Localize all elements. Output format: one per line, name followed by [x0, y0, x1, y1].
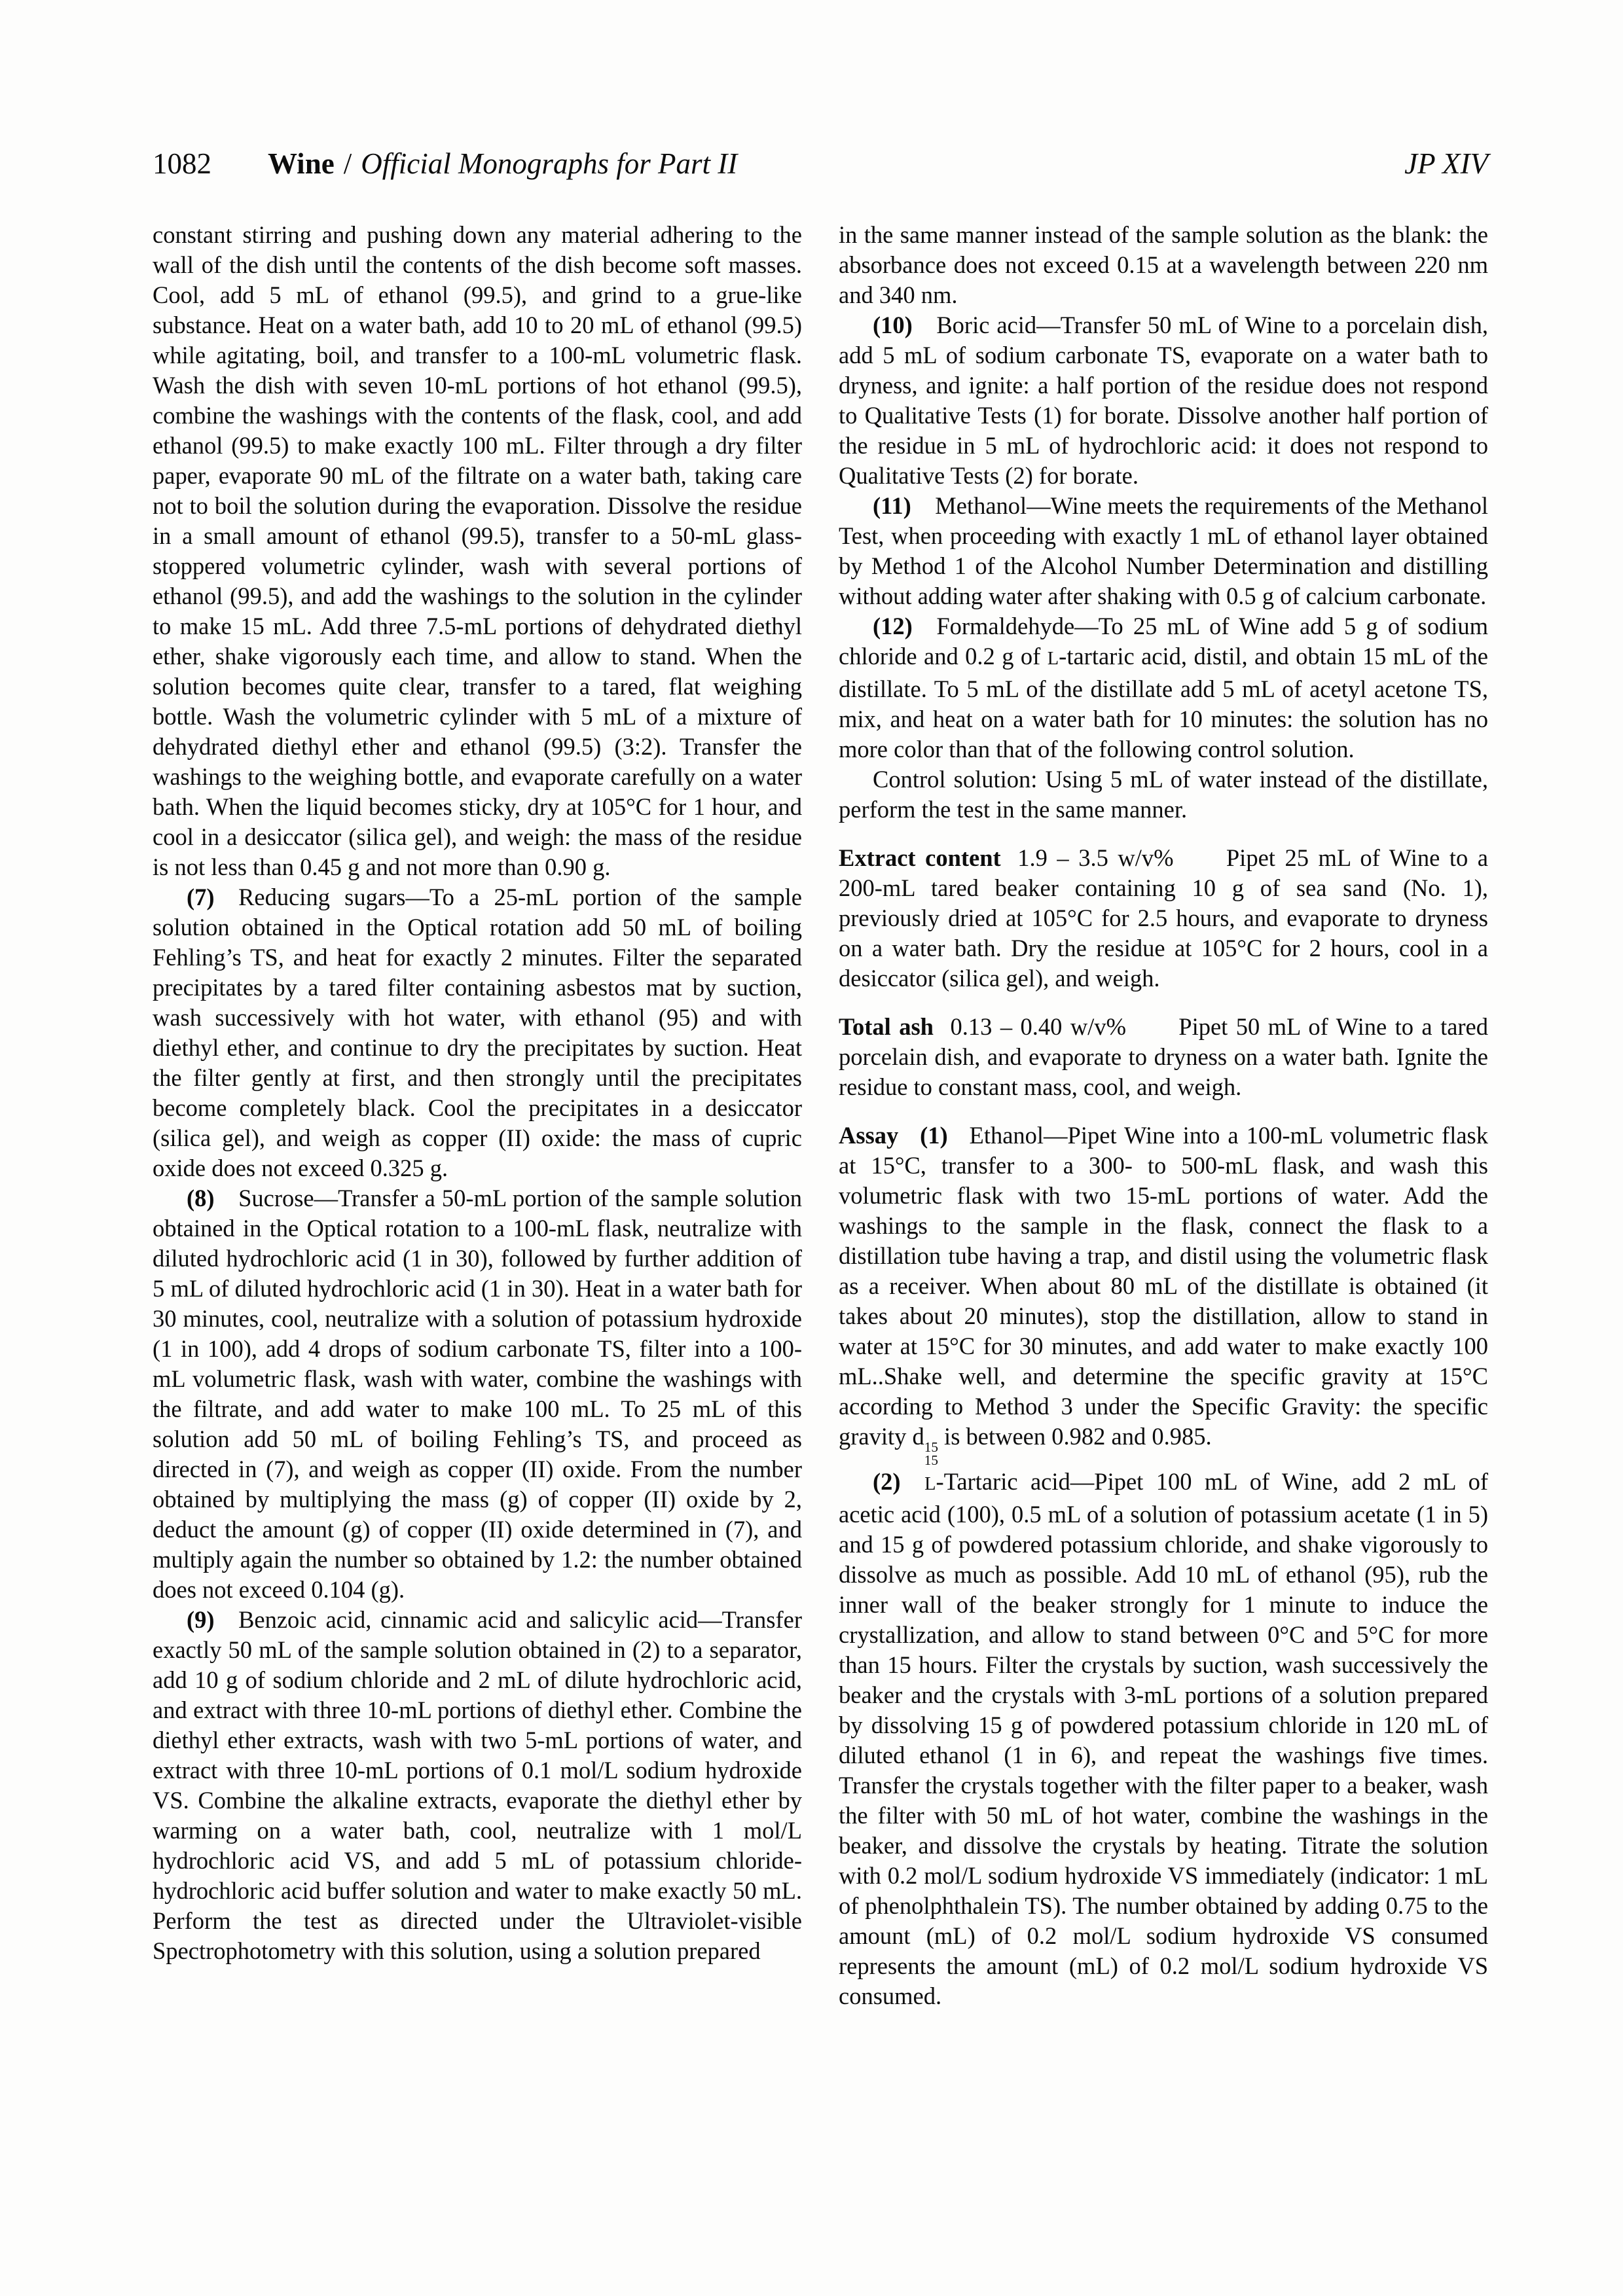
superscript: 15 [924, 1441, 938, 1454]
right-column: in the same manner instead of the sample… [839, 220, 1488, 2011]
item-number: (11) [873, 492, 911, 519]
section-assay-ethanol: Assay(1)Ethanol—Pipet Wine into a 100-mL… [839, 1121, 1488, 1467]
text-run: Benzoic acid, cinnamic acid and salicyli… [153, 1606, 802, 1964]
paragraph-continued: constant stirring and pushing down any m… [153, 220, 802, 882]
text-run: Pipet 50 mL of Wine to a tared porcelain… [839, 1013, 1488, 1100]
paragraph-item-10-boric-acid: (10)Boric acid—Transfer 50 mL of Wine to… [839, 310, 1488, 491]
paragraph-continued: in the same manner instead of the sample… [839, 220, 1488, 310]
item-number: (12) [873, 613, 913, 639]
limit-value: 1.9 – 3.5 w/v% [1017, 844, 1173, 871]
text-run: Boric acid—Transfer 50 mL of Wine to a p… [839, 312, 1488, 489]
edition-label: JP XIV [1404, 148, 1488, 181]
running-title: Wine/Official Monographs for Part II [268, 148, 737, 181]
section-heading: Assay [839, 1122, 898, 1149]
text-run: L [1048, 649, 1059, 669]
item-number: (1) [920, 1122, 948, 1149]
paragraph-control-solution: Control solution: Using 5 mL of water in… [839, 764, 1488, 825]
limit-value: 0.13 – 0.40 w/v% [951, 1013, 1126, 1040]
page-number: 1082 [153, 148, 211, 181]
text-run: Methanol—Wine meets the requirements of … [839, 492, 1488, 609]
paragraph-item-11-methanol: (11)Methanol—Wine meets the requirements… [839, 491, 1488, 611]
text-run: Ethanol—Pipet Wine into a 100-mL volumet… [839, 1122, 1488, 1450]
item-number: (2) [873, 1468, 901, 1495]
title-separator: / [344, 147, 352, 180]
text-run: Sucrose—Transfer a 50-mL portion of the … [153, 1185, 802, 1603]
text-run: -Tartaric acid—Pipet 100 mL of Wine, add… [839, 1468, 1488, 2009]
section-title: Official Monographs for Part II [361, 147, 737, 180]
paragraph-item-8-sucrose: (8)Sucrose—Transfer a 50-mL portion of t… [153, 1183, 802, 1605]
item-number: (7) [187, 884, 215, 910]
text-run: L [924, 1474, 936, 1494]
monograph-title: Wine [268, 147, 335, 180]
two-column-layout: constant stirring and pushing down any m… [153, 220, 1488, 2011]
paragraph-item-12-formaldehyde: (12)Formaldehyde—To 25 mL of Wine add 5 … [839, 611, 1488, 764]
subscript: 15 [924, 1454, 938, 1467]
page-header: 1082 Wine/Official Monographs for Part I… [153, 148, 1488, 181]
section-extract-content: Extract content1.9 – 3.5 w/v%Pipet 25 mL… [839, 843, 1488, 994]
paragraph-item-7-reducing-sugars: (7)Reducing sugars—To a 25-mL portion of… [153, 882, 802, 1183]
section-heading: Extract content [839, 844, 1001, 871]
item-number: (8) [187, 1185, 215, 1211]
text-run: is between 0.982 and 0.985. [938, 1423, 1212, 1450]
specific-gravity-symbol: d1515 [913, 1423, 938, 1450]
text-run: in the same manner instead of the sample… [839, 221, 1488, 308]
item-number: (9) [187, 1606, 215, 1633]
section-heading: Total ash [839, 1013, 934, 1040]
text-run: constant stirring and pushing down any m… [153, 221, 802, 880]
document-page: 1082 Wine/Official Monographs for Part I… [0, 0, 1623, 2296]
paragraph-item-9-benzoic-acid: (9)Benzoic acid, cinnamic acid and salic… [153, 1605, 802, 1966]
section-total-ash: Total ash0.13 – 0.40 w/v%Pipet 50 mL of … [839, 1012, 1488, 1102]
symbol-supsub-stack: 1515 [924, 1441, 938, 1467]
left-column: constant stirring and pushing down any m… [153, 220, 802, 2011]
symbol-base: d [913, 1423, 924, 1450]
item-number: (10) [873, 312, 913, 338]
text-run: Control solution: Using 5 mL of water in… [839, 766, 1488, 823]
paragraph-item-2-l-tartaric-acid: (2)L-Tartaric acid—Pipet 100 mL of Wine,… [839, 1467, 1488, 2011]
text-run: Reducing sugars—To a 25-mL portion of th… [153, 884, 802, 1181]
